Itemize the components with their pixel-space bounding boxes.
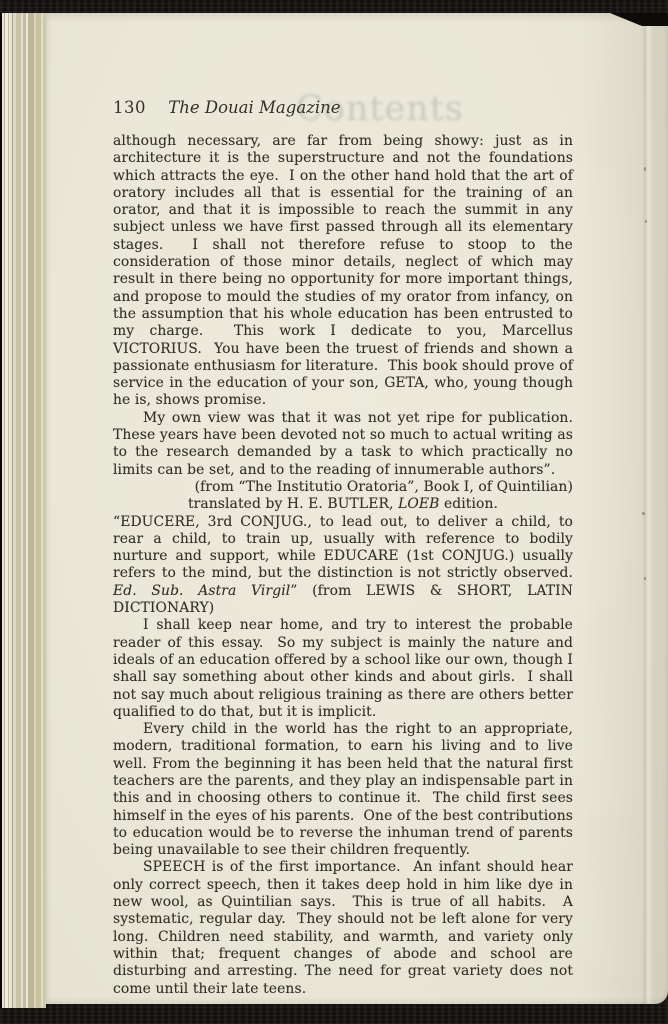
paragraph: although necessary, are far from being s… — [113, 133, 573, 410]
paragraph: translated by H. E. BUTLER, LOEB edition… — [113, 496, 573, 513]
paper-speck — [642, 512, 645, 515]
page-content: 130 The Douai Magazine although necessar… — [113, 99, 573, 998]
paragraph: My own view was that it was not yet ripe… — [113, 410, 573, 479]
paper-speck — [644, 577, 646, 580]
body-text: although necessary, are far from being s… — [113, 133, 573, 998]
page-gutter-crease — [642, 13, 668, 1004]
paragraph: (from “The Institutio Oratoria”, Book I,… — [113, 479, 573, 496]
book-page: Contents 130 The Douai Magazine although… — [46, 13, 668, 1004]
running-header: 130 The Douai Magazine — [113, 99, 573, 116]
running-title: The Douai Magazine — [168, 98, 340, 117]
paper-speck — [645, 220, 647, 223]
paragraph: “EDUCERE, 3rd CONJUG., to lead out, to d… — [113, 514, 573, 618]
paragraph: SPEECH is of the first importance. An in… — [113, 859, 573, 997]
paragraph: Every child in the world has the right t… — [113, 721, 573, 859]
scanned-book-photo: { "page": { "number": "130", "magazine_t… — [0, 0, 668, 1024]
paper-speck — [644, 167, 646, 171]
paragraph: I shall keep near home, and try to inter… — [113, 617, 573, 721]
page-number: 130 — [113, 98, 146, 117]
book-cover-backdrop: Contents 130 The Douai Magazine although… — [0, 0, 668, 1024]
book-page-edges — [0, 13, 46, 1008]
